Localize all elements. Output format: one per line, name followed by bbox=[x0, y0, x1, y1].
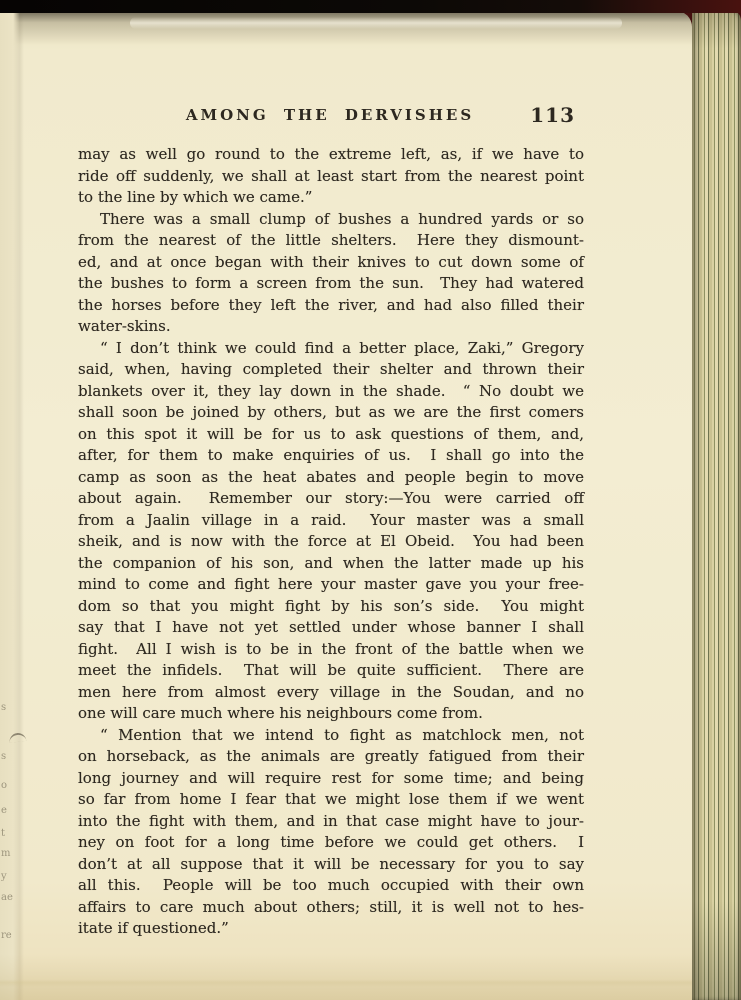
text-line: ney on foot for a long time before we co… bbox=[78, 832, 584, 854]
page-bottom-shading bbox=[0, 954, 692, 1000]
text-line: so far from home I fear that we might lo… bbox=[78, 789, 584, 811]
bleed-through-text-fragment: m bbox=[1, 849, 15, 859]
facing-page-edge: ssoetmyaere bbox=[0, 11, 24, 1000]
text-line: may as well go round to the extreme left… bbox=[78, 144, 584, 166]
text-line: say that I have not yet settled under wh… bbox=[78, 617, 584, 639]
page-header: AMONG THE DERVISHES 113 bbox=[77, 106, 583, 132]
running-title: AMONG THE DERVISHES bbox=[77, 106, 583, 124]
text-line: dom so that you might fight by his son’s… bbox=[78, 596, 584, 618]
bleed-through-text-fragment: ae bbox=[1, 893, 15, 903]
text-line: fight. All I wish is to be in the front … bbox=[78, 639, 584, 661]
book-top-edge-shadow bbox=[0, 0, 741, 13]
text-line: don’t at all suppose that it will be nec… bbox=[78, 854, 584, 876]
text-line: the companion of his son, and when the l… bbox=[78, 553, 584, 575]
text-line: one will care much where his neighbours … bbox=[78, 703, 584, 725]
bleed-through-text-fragment: t bbox=[1, 829, 15, 839]
text-line: water-skins. bbox=[78, 316, 584, 338]
page-text: may as well go round to the extreme left… bbox=[78, 144, 584, 940]
text-line: affairs to care much about others; still… bbox=[78, 897, 584, 919]
text-line: shall soon be joined by others, but as w… bbox=[78, 402, 584, 424]
text-line: from a Jaalin village in a raid. Your ma… bbox=[78, 510, 584, 532]
book-page: ssoetmyaere AMONG THE DERVISHES 113 may … bbox=[0, 11, 692, 1000]
text-line: sheik, and is now with the force at El O… bbox=[78, 531, 584, 553]
text-line: long journey and will require rest for s… bbox=[78, 768, 584, 790]
bleed-through-text-fragment: s bbox=[1, 752, 15, 762]
text-line: “ Mention that we intend to fight as mat… bbox=[78, 725, 584, 747]
text-line: said, when, having completed their shelt… bbox=[78, 359, 584, 381]
text-line: itate if questioned.” bbox=[78, 918, 584, 940]
text-line: camp as soon as the heat abates and peop… bbox=[78, 467, 584, 489]
book-fore-edge-pages bbox=[692, 9, 741, 1000]
bleed-through-text-fragment: y bbox=[1, 872, 15, 882]
text-line: blankets over it, they lay down in the s… bbox=[78, 381, 584, 403]
text-line: ride off suddenly, we shall at least sta… bbox=[78, 166, 584, 188]
text-line: into the fight with them, and in that ca… bbox=[78, 811, 584, 833]
bleed-through-text-fragment: e bbox=[1, 806, 15, 816]
text-line: ed, and at once began with their knives … bbox=[78, 252, 584, 274]
text-line: on horseback, as the animals are greatly… bbox=[78, 746, 584, 768]
text-line: to the line by which we came.” bbox=[78, 187, 584, 209]
bleed-through-text-fragment: s bbox=[1, 703, 15, 713]
text-line: the bushes to form a screen from the sun… bbox=[78, 273, 584, 295]
text-line: from the nearest of the little shelters.… bbox=[78, 230, 584, 252]
text-line: meet the infidels. That will be quite su… bbox=[78, 660, 584, 682]
text-line: about again. Remember our story:—You wer… bbox=[78, 488, 584, 510]
bleed-through-text-fragment: re bbox=[1, 931, 15, 941]
text-line: all this. People will be too much occupi… bbox=[78, 875, 584, 897]
text-line: mind to come and fight here your master … bbox=[78, 574, 584, 596]
text-line: after, for them to make enquiries of us.… bbox=[78, 445, 584, 467]
text-line: There was a small clump of bushes a hund… bbox=[78, 209, 584, 231]
bleed-through-text-fragment: o bbox=[1, 781, 15, 791]
page-number: 113 bbox=[530, 103, 575, 127]
text-line: on this spot it will be for us to ask qu… bbox=[78, 424, 584, 446]
text-line: “ I don’t think we could find a better p… bbox=[78, 338, 584, 360]
scanned-book-photo: ssoetmyaere AMONG THE DERVISHES 113 may … bbox=[0, 0, 741, 1000]
text-line: men here from almost every village in th… bbox=[78, 682, 584, 704]
text-line: the horses before they left the river, a… bbox=[78, 295, 584, 317]
